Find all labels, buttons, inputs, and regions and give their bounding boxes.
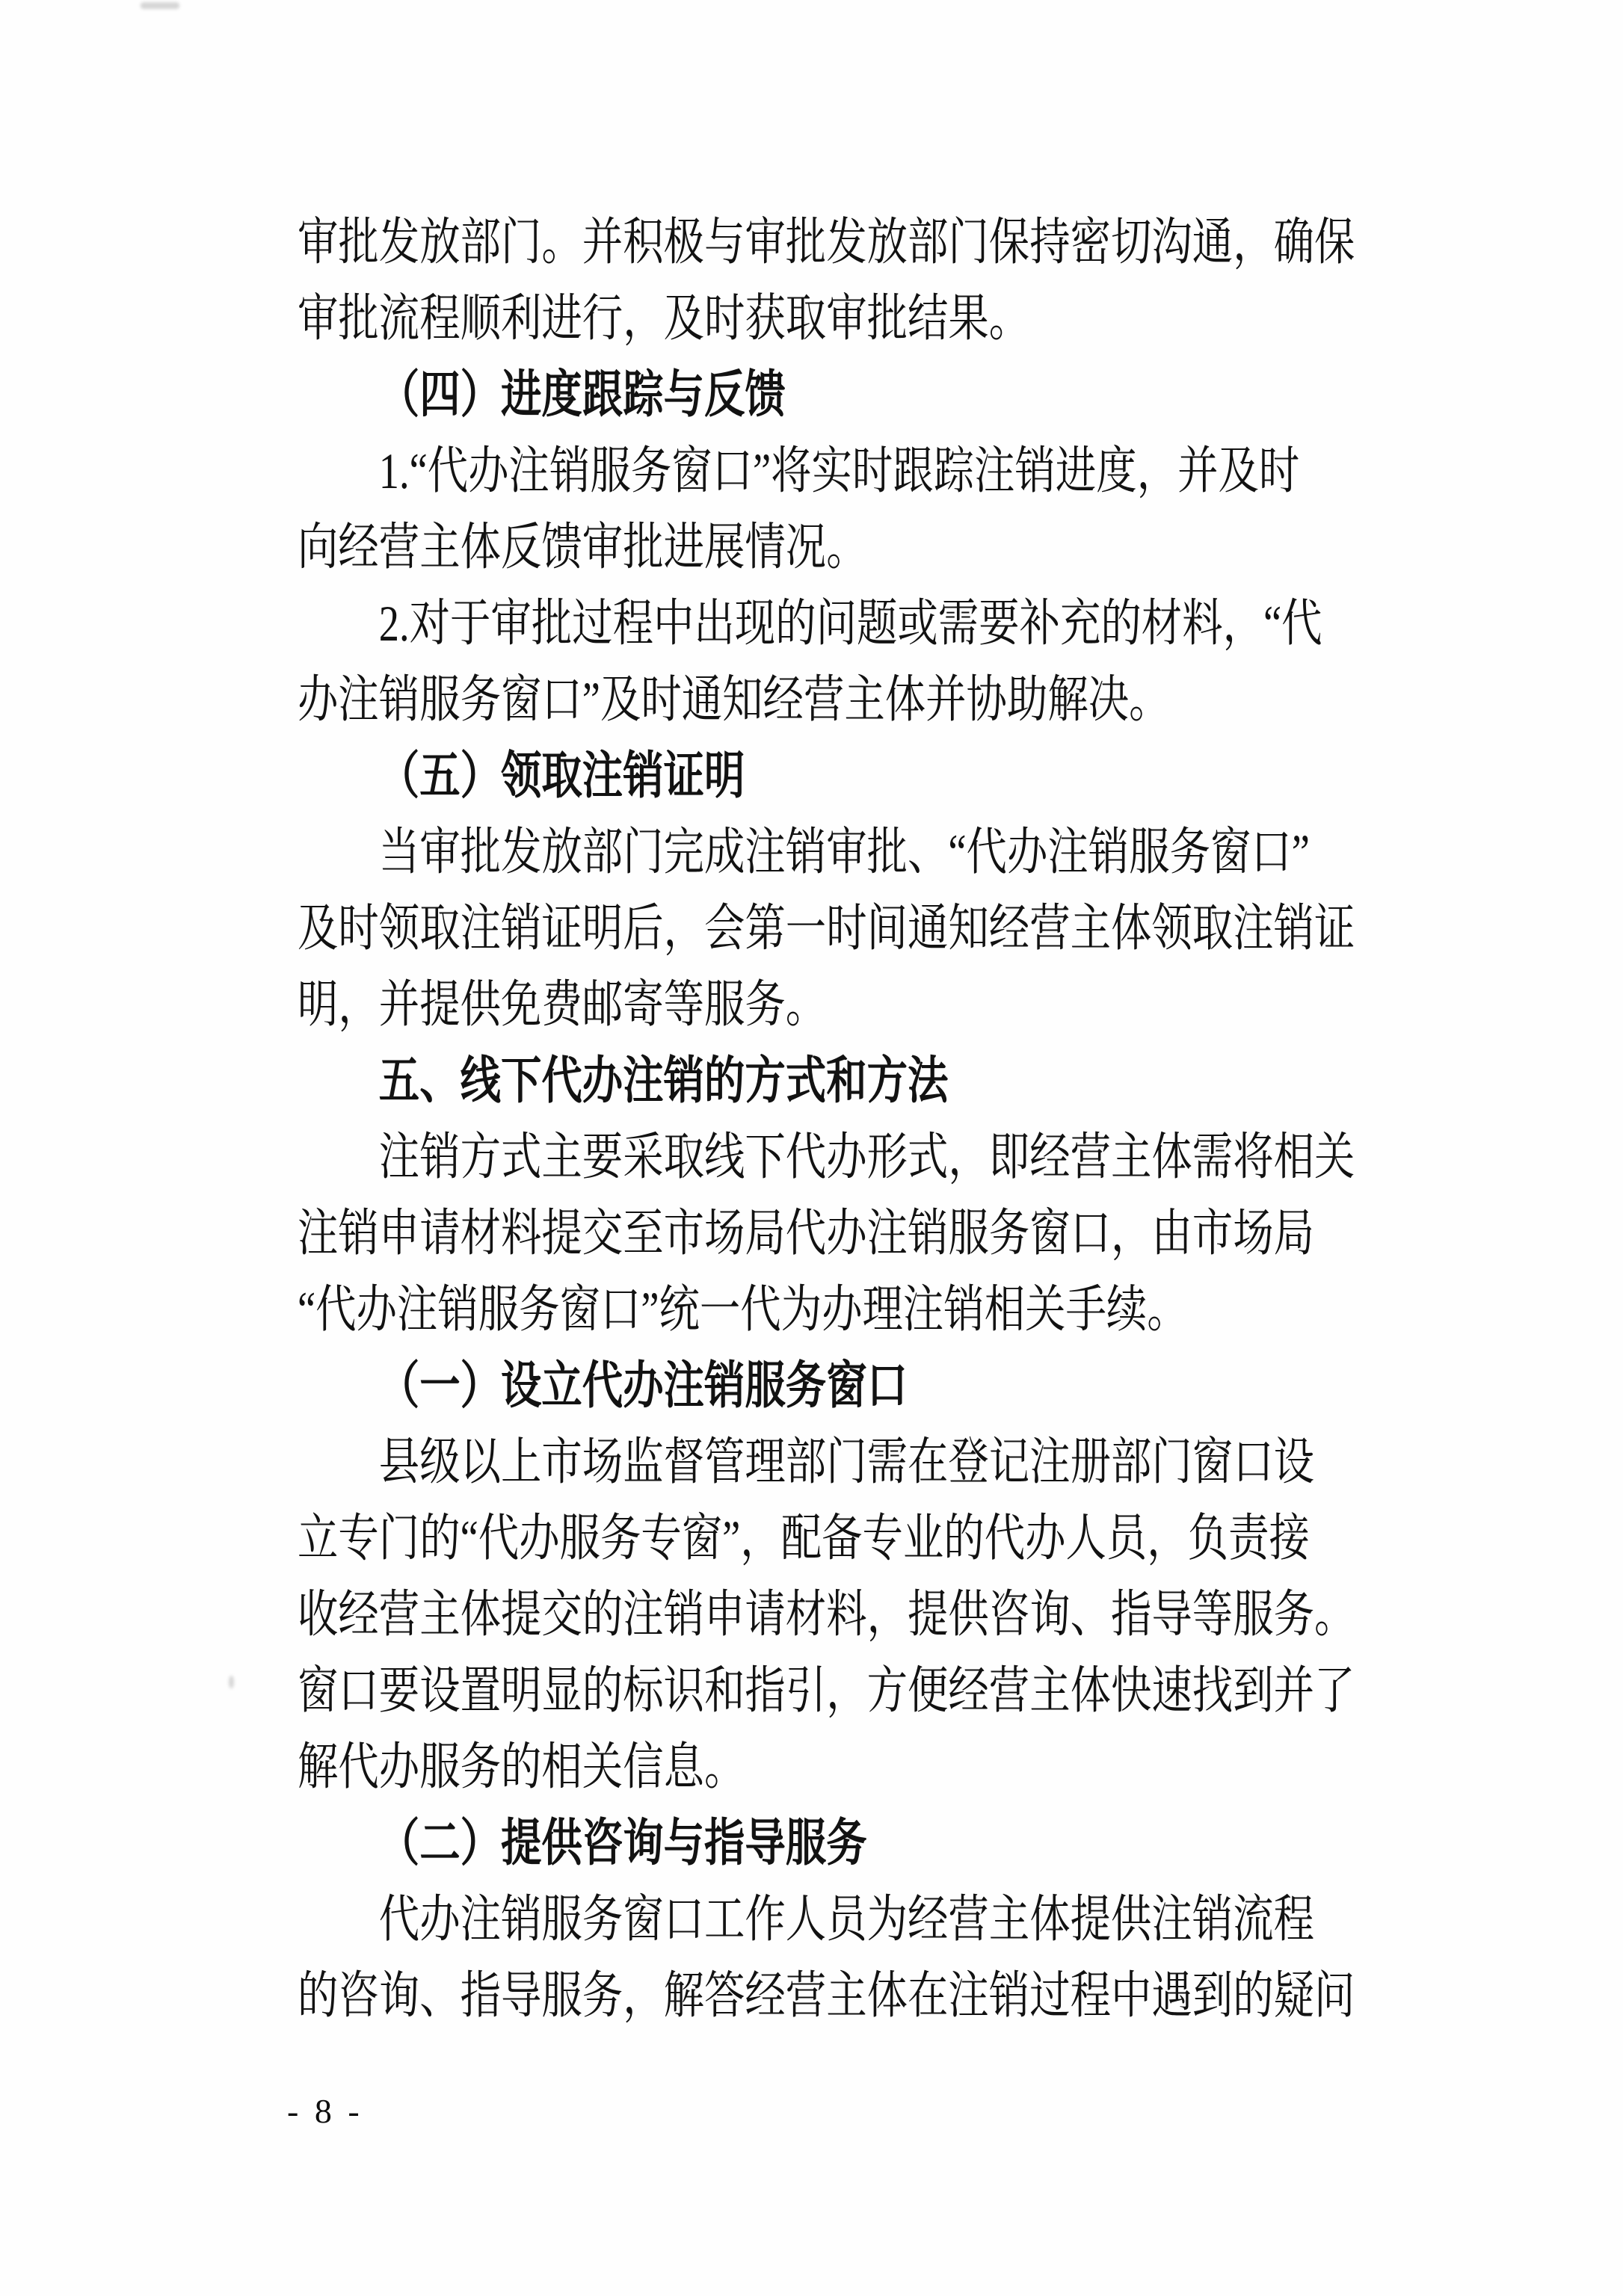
text-line: 审批发放部门。并积极与审批发放部门保持密切沟通，确保: [298, 204, 1368, 280]
text-line: 及时领取注销证明后，会第一时间通知经营主体领取注销证: [298, 890, 1368, 966]
section-heading: 五、线下代办注销的方式和方法: [298, 1043, 1368, 1119]
section-heading: （二）提供咨询与指导服务: [298, 1805, 1368, 1881]
scan-artifact: [141, 2, 179, 9]
section-heading: （五）领取注销证明: [298, 738, 1368, 814]
document-page: 审批发放部门。并积极与审批发放部门保持密切沟通，确保 审批流程顺利进行，及时获取…: [0, 0, 1623, 2296]
text-line: 收经营主体提交的注销申请材料，提供咨询、指导等服务。: [298, 1576, 1368, 1652]
text-line: 解代办服务的相关信息。: [298, 1729, 1368, 1805]
text-line: 当审批发放部门完成注销审批、“代办注销服务窗口”: [298, 814, 1368, 890]
document-body: 审批发放部门。并积极与审批发放部门保持密切沟通，确保 审批流程顺利进行，及时获取…: [298, 204, 1623, 2034]
text-line: 1.“代办注销服务窗口”将实时跟踪注销进度，并及时: [298, 433, 1368, 509]
text-line: 审批流程顺利进行，及时获取审批结果。: [298, 280, 1368, 357]
text-line: 代办注销服务窗口工作人员为经营主体提供注销流程: [298, 1881, 1368, 1957]
text-line: 2.对于审批过程中出现的问题或需要补充的材料，“代: [298, 585, 1368, 661]
text-line: 办注销服务窗口”及时通知经营主体并协助解决。: [298, 661, 1368, 738]
text-line: 注销申请材料提交至市场局代办注销服务窗口，由市场局: [298, 1195, 1368, 1271]
page-number: - 8 -: [287, 2091, 363, 2131]
text-line: 的咨询、指导服务，解答经营主体在注销过程中遇到的疑问: [298, 1957, 1368, 2034]
text-line: 明，并提供免费邮寄等服务。: [298, 966, 1368, 1043]
section-heading: （四）进度跟踪与反馈: [298, 357, 1368, 433]
scan-artifact: [229, 1676, 234, 1688]
text-line: “代办注销服务窗口”统一代为办理注销相关手续。: [298, 1271, 1368, 1348]
text-line: 立专门的“代办服务专窗”，配备专业的代办人员，负责接: [298, 1500, 1368, 1576]
section-heading: （一）设立代办注销服务窗口: [298, 1348, 1368, 1424]
text-line: 县级以上市场监督管理部门需在登记注册部门窗口设: [298, 1424, 1368, 1500]
text-line: 注销方式主要采取线下代办形式，即经营主体需将相关: [298, 1119, 1368, 1195]
text-line: 窗口要设置明显的标识和指引，方便经营主体快速找到并了: [298, 1652, 1368, 1729]
text-line: 向经营主体反馈审批进展情况。: [298, 509, 1368, 585]
